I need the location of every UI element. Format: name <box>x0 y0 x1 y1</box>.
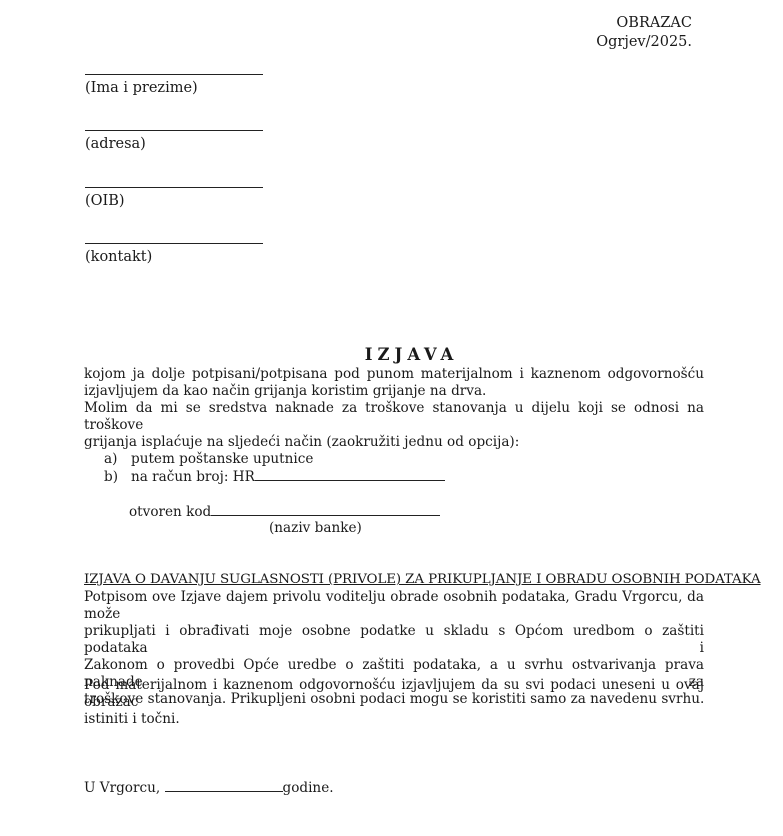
declaration-line: Molim da mi se sredstva naknade za trošk… <box>84 400 704 434</box>
name-field-label: (Ima i prezime) <box>85 80 265 97</box>
contact-field-line[interactable] <box>85 243 263 244</box>
form-code: Ogrjev/2025. <box>596 33 692 52</box>
name-field[interactable]: (Ima i prezime) <box>85 74 265 97</box>
bank-label: otvoren kod <box>129 504 211 520</box>
option-a-letter: a) <box>104 451 131 468</box>
option-a-text: putem poštanske uputnice <box>131 451 313 467</box>
consent-heading: IZJAVA O DAVANJU SUGLASNOSTI (PRIVOLE) Z… <box>84 572 761 587</box>
bank-name-blank[interactable] <box>211 503 440 516</box>
oib-field-label: (OIB) <box>85 193 265 210</box>
bank-field[interactable]: otvoren kod <box>129 503 440 521</box>
declaration-text: kojom ja dolje potpisani/potpisana pod p… <box>84 366 704 451</box>
signature-line: U Vrgorcu, godine. <box>84 779 334 797</box>
truth-line: istiniti i točni. <box>84 711 704 728</box>
option-b[interactable]: b)na račun broj: HR <box>104 468 445 486</box>
form-page: OBRAZAC Ogrjev/2025. (Ima i prezime) (ad… <box>0 0 783 836</box>
contact-field-label: (kontakt) <box>85 249 265 266</box>
option-b-letter: b) <box>104 469 131 486</box>
oib-field[interactable]: (OIB) <box>85 187 265 210</box>
form-label: OBRAZAC <box>596 14 692 33</box>
option-a[interactable]: a)putem poštanske uputnice <box>104 451 313 468</box>
account-number-blank[interactable] <box>255 468 445 481</box>
declaration-line: izjavljujem da kao način grijanja korist… <box>84 383 704 400</box>
address-field-label: (adresa) <box>85 136 265 153</box>
declaration-line: kojom ja dolje potpisani/potpisana pod p… <box>84 366 704 383</box>
consent-line: prikupljati i obrađivati moje osobne pod… <box>84 623 704 657</box>
address-field-line[interactable] <box>85 130 263 131</box>
oib-field-line[interactable] <box>85 187 263 188</box>
bank-caption: (naziv banke) <box>269 520 362 537</box>
signature-place: U Vrgorcu, <box>84 780 160 796</box>
truth-line: Pod materijalnom i kaznenom odgovornošću… <box>84 677 704 711</box>
name-field-line[interactable] <box>85 74 263 75</box>
date-blank[interactable] <box>165 779 283 792</box>
signature-suffix: godine. <box>283 780 334 796</box>
truth-statement: Pod materijalnom i kaznenom odgovornošću… <box>84 677 704 728</box>
contact-field[interactable]: (kontakt) <box>85 243 265 266</box>
address-field[interactable]: (adresa) <box>85 130 265 153</box>
form-code-block: OBRAZAC Ogrjev/2025. <box>596 14 692 52</box>
option-b-text: na račun broj: HR <box>131 469 255 485</box>
consent-line: Potpisom ove Izjave dajem privolu vodite… <box>84 589 704 623</box>
declaration-title: IZJAVA <box>0 345 783 364</box>
declaration-line: grijanja isplaćuje na sljedeći način (za… <box>84 434 704 451</box>
